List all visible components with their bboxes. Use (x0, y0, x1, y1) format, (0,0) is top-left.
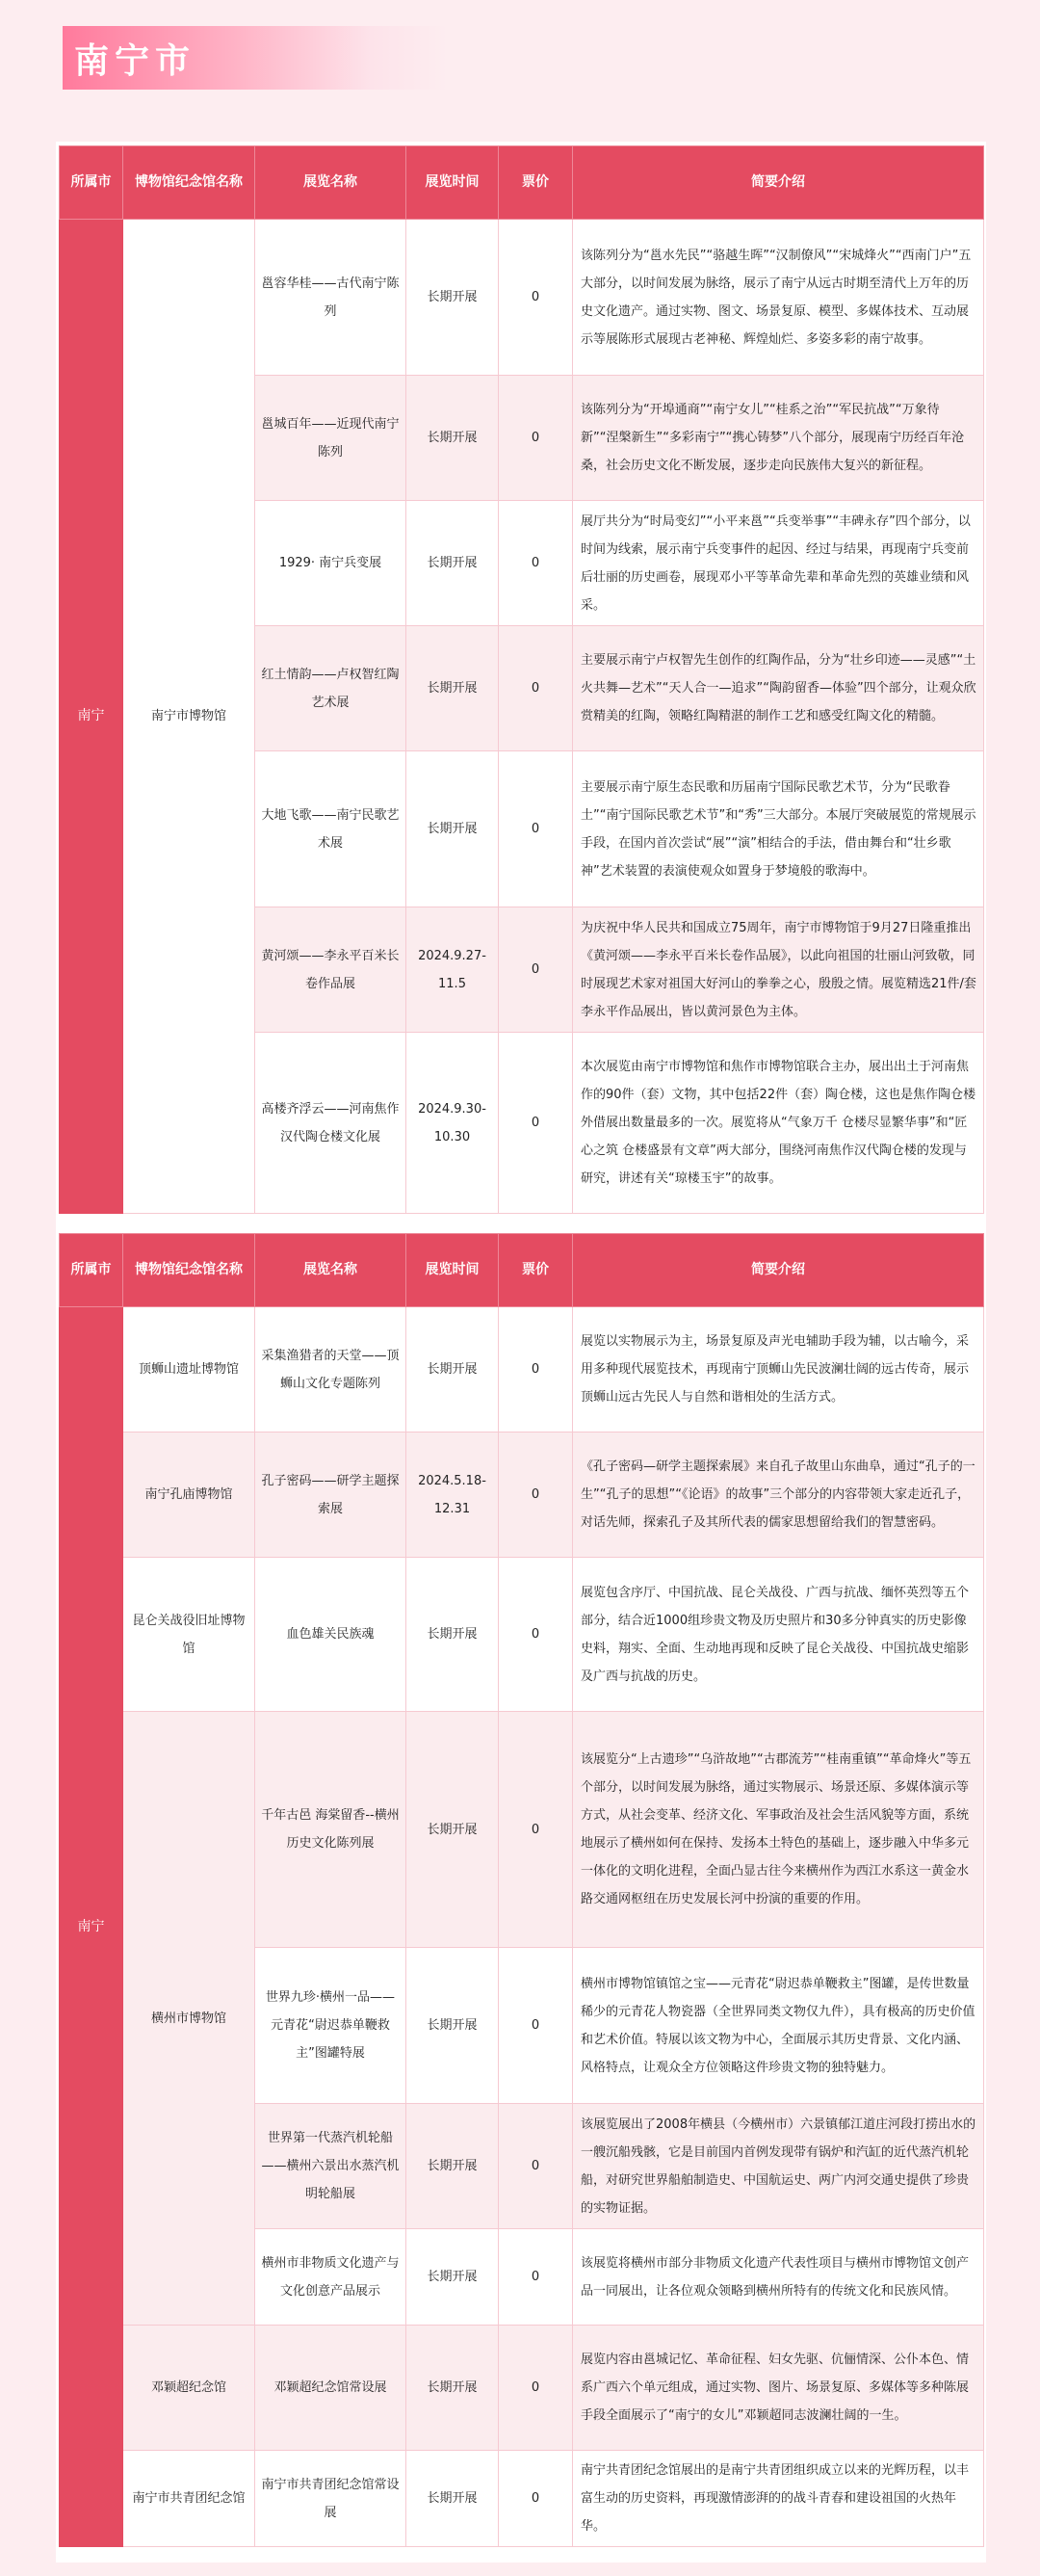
exhibition-description: 横州市博物馆镇馆之宝——元青花“尉迟恭单鞭救主”图罐，是传世数量稀少的元青花人物… (573, 1948, 984, 2104)
ticket-price: 0 (499, 2326, 573, 2451)
museum-cell: 南宁市共青团纪念馆 (123, 2451, 255, 2547)
exhibition-table: 所属市 博物馆纪念馆名称 展览名称 展览时间 票价 简要介绍 南宁顶蛳山遗址博物… (59, 1233, 984, 2547)
museum-cell: 昆仑关战役旧址博物馆 (123, 1558, 255, 1712)
exhibition-description: 该展览将横州市部分非物质文化遗产代表性项目与横州市博物馆文创产品一同展出，让各位… (573, 2229, 984, 2326)
ticket-price: 0 (499, 501, 573, 626)
exhibition-name: 邓颖超纪念馆常设展 (255, 2326, 406, 2451)
exhibition-time: 长期开展 (406, 501, 499, 626)
table-row: 横州市博物馆千年古邑 海棠留香--横州历史文化陈列展长期开展0该展览分“上古遗珍… (60, 1712, 984, 1948)
exhibition-time: 长期开展 (406, 751, 499, 907)
exhibition-time: 长期开展 (406, 1712, 499, 1948)
exhibition-name: 千年古邑 海棠留香--横州历史文化陈列展 (255, 1712, 406, 1948)
header-museum: 博物馆纪念馆名称 (123, 146, 255, 220)
museum-cell: 南宁市博物馆 (123, 220, 255, 1214)
exhibition-name: 红土情韵——卢权智红陶艺术展 (255, 626, 406, 751)
city-cell: 南宁 (60, 1307, 123, 2547)
header-exhibition-name: 展览名称 (255, 146, 406, 220)
ticket-price: 0 (499, 1712, 573, 1948)
header-museum: 博物馆纪念馆名称 (123, 1234, 255, 1307)
exhibition-time: 长期开展 (406, 1558, 499, 1712)
museum-cell: 南宁孔庙博物馆 (123, 1433, 255, 1558)
table-row: 南宁南宁市博物馆邕容华桂——古代南宁陈列长期开展0该陈列分为“邕水先民”“骆越生… (60, 220, 984, 376)
exhibition-name: 横州市非物质文化遗产与文化创意产品展示 (255, 2229, 406, 2326)
exhibition-description: 该陈列分为“邕水先民”“骆越生晖”“汉制僚风”“宋城烽火”“西南门户”五大部分，… (573, 220, 984, 376)
exhibition-name: 世界九珍·横州一品——元青花“尉迟恭单鞭救主”图罐特展 (255, 1948, 406, 2104)
exhibition-time: 长期开展 (406, 1948, 499, 2104)
ticket-price: 0 (499, 907, 573, 1033)
exhibition-name: 大地飞歌——南宁民歌艺术展 (255, 751, 406, 907)
ticket-price: 0 (499, 2104, 573, 2229)
exhibition-time: 长期开展 (406, 2451, 499, 2547)
header-exhibition-time: 展览时间 (406, 146, 499, 220)
page-title: 南宁市 (63, 34, 195, 83)
ticket-price: 0 (499, 1033, 573, 1214)
exhibition-table-2: 所属市 博物馆纪念馆名称 展览名称 展览时间 票价 简要介绍 南宁顶蛳山遗址博物… (56, 1229, 986, 2563)
header-description: 简要介绍 (573, 1234, 984, 1307)
exhibition-name: 血色雄关民族魂 (255, 1558, 406, 1712)
exhibition-time: 长期开展 (406, 220, 499, 376)
header-ticket-price: 票价 (499, 146, 573, 220)
section-title-banner: 南宁市 (63, 26, 448, 90)
header-exhibition-time: 展览时间 (406, 1234, 499, 1307)
exhibition-name: 邕城百年——近现代南宁陈列 (255, 376, 406, 501)
ticket-price: 0 (499, 2229, 573, 2326)
museum-cell: 邓颖超纪念馆 (123, 2326, 255, 2451)
exhibition-description: 展览以实物展示为主，场景复原及声光电辅助手段为辅，以古喻今，采用多种现代展览技术… (573, 1307, 984, 1433)
exhibition-time: 长期开展 (406, 626, 499, 751)
exhibition-time: 长期开展 (406, 2104, 499, 2229)
header-exhibition-name: 展览名称 (255, 1234, 406, 1307)
exhibition-description: 展览包含序厅、中国抗战、昆仑关战役、广西与抗战、缅怀英烈等五个部分，结合近100… (573, 1558, 984, 1712)
ticket-price: 0 (499, 626, 573, 751)
ticket-price: 0 (499, 1307, 573, 1433)
exhibition-description: 该陈列分为“开埠通商”“南宁女儿”“桂系之治”“军民抗战”“万象待新”“涅槃新生… (573, 376, 984, 501)
ticket-price: 0 (499, 376, 573, 501)
exhibition-time: 2024.9.27-11.5 (406, 907, 499, 1033)
ticket-price: 0 (499, 1433, 573, 1558)
museum-cell: 横州市博物馆 (123, 1712, 255, 2326)
exhibition-time: 2024.9.30-10.30 (406, 1033, 499, 1214)
exhibition-name: 高楼齐浮云——河南焦作汉代陶仓楼文化展 (255, 1033, 406, 1214)
exhibition-description: 本次展览由南宁市博物馆和焦作市博物馆联合主办，展出出土于河南焦作的90件（套）文… (573, 1033, 984, 1214)
exhibition-time: 长期开展 (406, 2229, 499, 2326)
exhibition-name: 黄河颂——李永平百米长卷作品展 (255, 907, 406, 1033)
exhibition-name: 邕容华桂——古代南宁陈列 (255, 220, 406, 376)
exhibition-table-1: 所属市 博物馆纪念馆名称 展览名称 展览时间 票价 简要介绍 南宁南宁市博物馆邕… (56, 142, 986, 1229)
header-city: 所属市 (60, 1234, 123, 1307)
exhibition-description: 南宁共青团纪念馆展出的是南宁共青团组织成立以来的光辉历程，以丰富生动的历史资料，… (573, 2451, 984, 2547)
exhibition-table: 所属市 博物馆纪念馆名称 展览名称 展览时间 票价 简要介绍 南宁南宁市博物馆邕… (59, 145, 984, 1214)
exhibition-name: 南宁市共青团纪念馆常设展 (255, 2451, 406, 2547)
header-description: 简要介绍 (573, 146, 984, 220)
ticket-price: 0 (499, 751, 573, 907)
exhibition-description: 该展览展出了2008年横县（今横州市）六景镇郁江道庄河段打捞出水的一艘沉船残骸，… (573, 2104, 984, 2229)
exhibition-name: 世界第一代蒸汽机轮船——横州六景出水蒸汽机明轮船展 (255, 2104, 406, 2229)
ticket-price: 0 (499, 220, 573, 376)
header-ticket-price: 票价 (499, 1234, 573, 1307)
ticket-price: 0 (499, 1558, 573, 1712)
exhibition-time: 长期开展 (406, 376, 499, 501)
table-header-row: 所属市 博物馆纪念馆名称 展览名称 展览时间 票价 简要介绍 (60, 146, 984, 220)
exhibition-description: 《孔子密码—研学主题探索展》来自孔子故里山东曲阜，通过“孔子的一生”“孔子的思想… (573, 1433, 984, 1558)
exhibition-name: 1929· 南宁兵变展 (255, 501, 406, 626)
table-row: 邓颖超纪念馆邓颖超纪念馆常设展长期开展0展览内容由邕城记忆、革命征程、妇女先驱、… (60, 2326, 984, 2451)
table-row: 昆仑关战役旧址博物馆血色雄关民族魂长期开展0展览包含序厅、中国抗战、昆仑关战役、… (60, 1558, 984, 1712)
header-city: 所属市 (60, 146, 123, 220)
table-row: 南宁顶蛳山遗址博物馆采集渔猎者的天堂——顶蛳山文化专题陈列长期开展0展览以实物展… (60, 1307, 984, 1433)
exhibition-name: 采集渔猎者的天堂——顶蛳山文化专题陈列 (255, 1307, 406, 1433)
exhibition-description: 该展览分“上古遗珍”“乌浒故地”“古郡流芳”“桂南重镇”“革命烽火”等五个部分，… (573, 1712, 984, 1948)
exhibition-description: 展厅共分为“时局变幻”“小平来邕”“兵变举事”“丰碑永存”四个部分，以时间为线索… (573, 501, 984, 626)
city-cell: 南宁 (60, 220, 123, 1214)
exhibition-description: 为庆祝中华人民共和国成立75周年，南宁市博物馆于9月27日隆重推出《黄河颂——李… (573, 907, 984, 1033)
ticket-price: 0 (499, 1948, 573, 2104)
exhibition-time: 2024.5.18-12.31 (406, 1433, 499, 1558)
museum-cell: 顶蛳山遗址博物馆 (123, 1307, 255, 1433)
table-row: 南宁市共青团纪念馆南宁市共青团纪念馆常设展长期开展0南宁共青团纪念馆展出的是南宁… (60, 2451, 984, 2547)
exhibition-description: 展览内容由邕城记忆、革命征程、妇女先驱、伉俪情深、公仆本色、情系广西六个单元组成… (573, 2326, 984, 2451)
table-row: 南宁孔庙博物馆孔子密码——研学主题探索展2024.5.18-12.310《孔子密… (60, 1433, 984, 1558)
exhibition-time: 长期开展 (406, 1307, 499, 1433)
table-header-row: 所属市 博物馆纪念馆名称 展览名称 展览时间 票价 简要介绍 (60, 1234, 984, 1307)
ticket-price: 0 (499, 2451, 573, 2547)
exhibition-name: 孔子密码——研学主题探索展 (255, 1433, 406, 1558)
exhibition-description: 主要展示南宁原生态民歌和历届南宁国际民歌艺术节，分为“民歌眷土”“南宁国际民歌艺… (573, 751, 984, 907)
exhibition-time: 长期开展 (406, 2326, 499, 2451)
exhibition-description: 主要展示南宁卢权智先生创作的红陶作品，分为“壮乡印迹——灵感”“土火共舞—艺术”… (573, 626, 984, 751)
